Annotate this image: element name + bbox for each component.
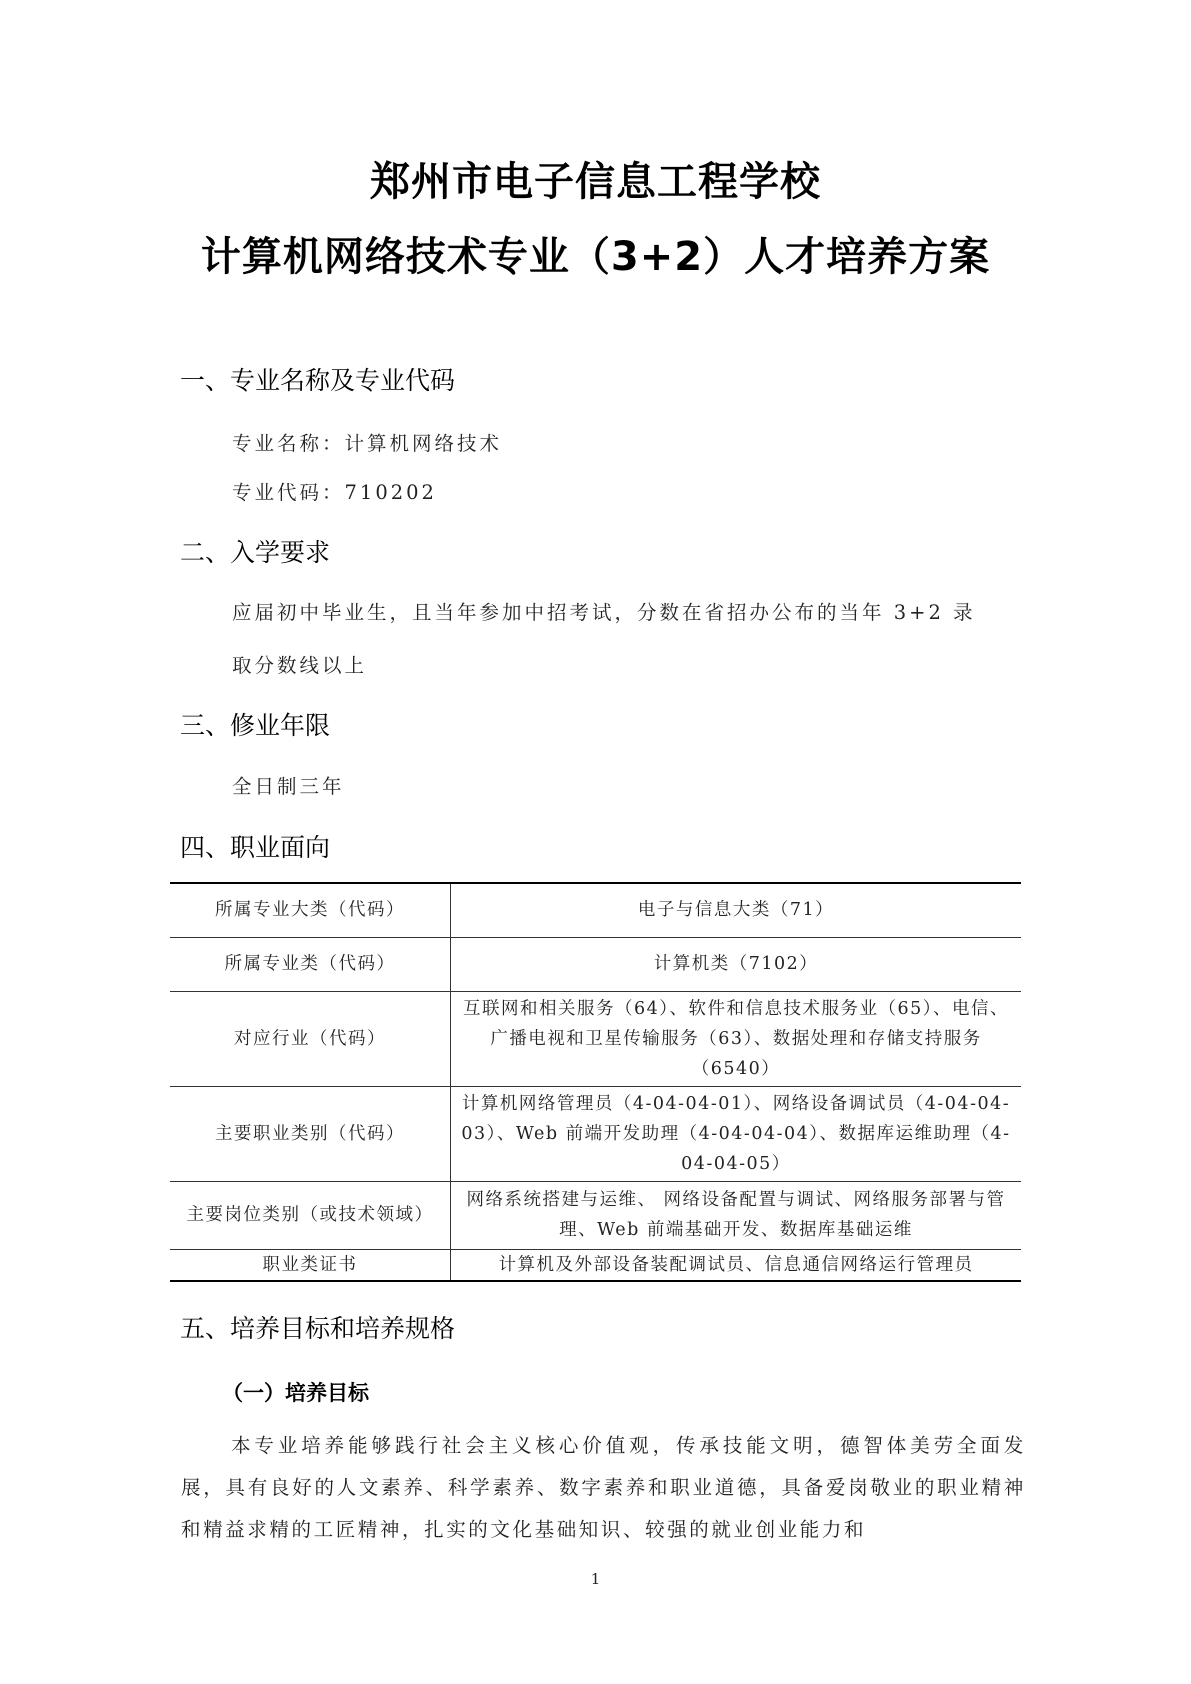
admission-line-1: 应届初中毕业生，且当年参加中招考试，分数在省招办公布的当年 3+2 录: [232, 597, 976, 625]
goal-paragraph: 本专业培养能够践行社会主义核心价值观，传承技能文明，德智体美劳全面发展，具有良好…: [181, 1425, 1026, 1551]
table-key-cell: 对应行业（代码）: [170, 991, 451, 1086]
section-heading-major-name: 一、专业名称及专业代码: [180, 361, 455, 397]
table-value-cell: 计算机网络管理员（4-04-04-01）、网络设备调试员（4-04-04-03）…: [451, 1086, 1022, 1181]
table-row: 对应行业（代码） 互联网和相关服务（64）、软件和信息技术服务业（65）、电信、…: [170, 991, 1021, 1086]
table-value-cell: 网络系统搭建与运维、 网络设备配置与调试、网络服务部署与管理、Web 前端基础开…: [451, 1181, 1022, 1249]
table-row: 主要职业类别（代码） 计算机网络管理员（4-04-04-01）、网络设备调试员（…: [170, 1086, 1021, 1181]
table-key-cell: 主要职业类别（代码）: [170, 1086, 451, 1181]
subsection-heading-goal: （一）培养目标: [222, 1377, 369, 1407]
table-row: 所属专业类（代码） 计算机类（7102）: [170, 937, 1021, 991]
admission-line-2: 取分数线以上: [232, 650, 367, 678]
document-title-line1: 郑州市电子信息工程学校: [0, 150, 1191, 207]
table-key-cell: 所属专业大类（代码）: [170, 883, 451, 937]
table-row: 职业类证书 计算机及外部设备装配调试员、信息通信网络运行管理员: [170, 1249, 1021, 1281]
table-key-cell: 主要岗位类别（或技术领域）: [170, 1181, 451, 1249]
table-key-cell: 所属专业类（代码）: [170, 937, 451, 991]
table-value-cell: 计算机类（7102）: [451, 937, 1022, 991]
table-key-cell: 职业类证书: [170, 1249, 451, 1281]
section-heading-admission: 二、入学要求: [180, 533, 330, 569]
table-row: 所属专业大类（代码） 电子与信息大类（71）: [170, 883, 1021, 937]
table-value-cell: 互联网和相关服务（64）、软件和信息技术服务业（65）、电信、广播电视和卫星传输…: [451, 991, 1022, 1086]
table-value-cell: 电子与信息大类（71）: [451, 883, 1022, 937]
major-name-line: 专业名称：计算机网络技术: [232, 428, 502, 456]
document-title-line2: 计算机网络技术专业（3+2）人才培养方案: [0, 225, 1191, 282]
section-heading-career: 四、职业面向: [180, 828, 330, 864]
major-code-line: 专业代码：710202: [232, 477, 437, 505]
duration-line: 全日制三年: [232, 771, 345, 799]
table-row: 主要岗位类别（或技术领域） 网络系统搭建与运维、 网络设备配置与调试、网络服务部…: [170, 1181, 1021, 1249]
section-heading-goals: 五、培养目标和培养规格: [180, 1309, 455, 1345]
page-number: 1: [0, 1570, 1191, 1588]
career-orientation-table: 所属专业大类（代码） 电子与信息大类（71） 所属专业类（代码） 计算机类（71…: [170, 882, 1021, 1282]
section-heading-duration: 三、修业年限: [180, 706, 330, 742]
table-value-cell: 计算机及外部设备装配调试员、信息通信网络运行管理员: [451, 1249, 1022, 1281]
